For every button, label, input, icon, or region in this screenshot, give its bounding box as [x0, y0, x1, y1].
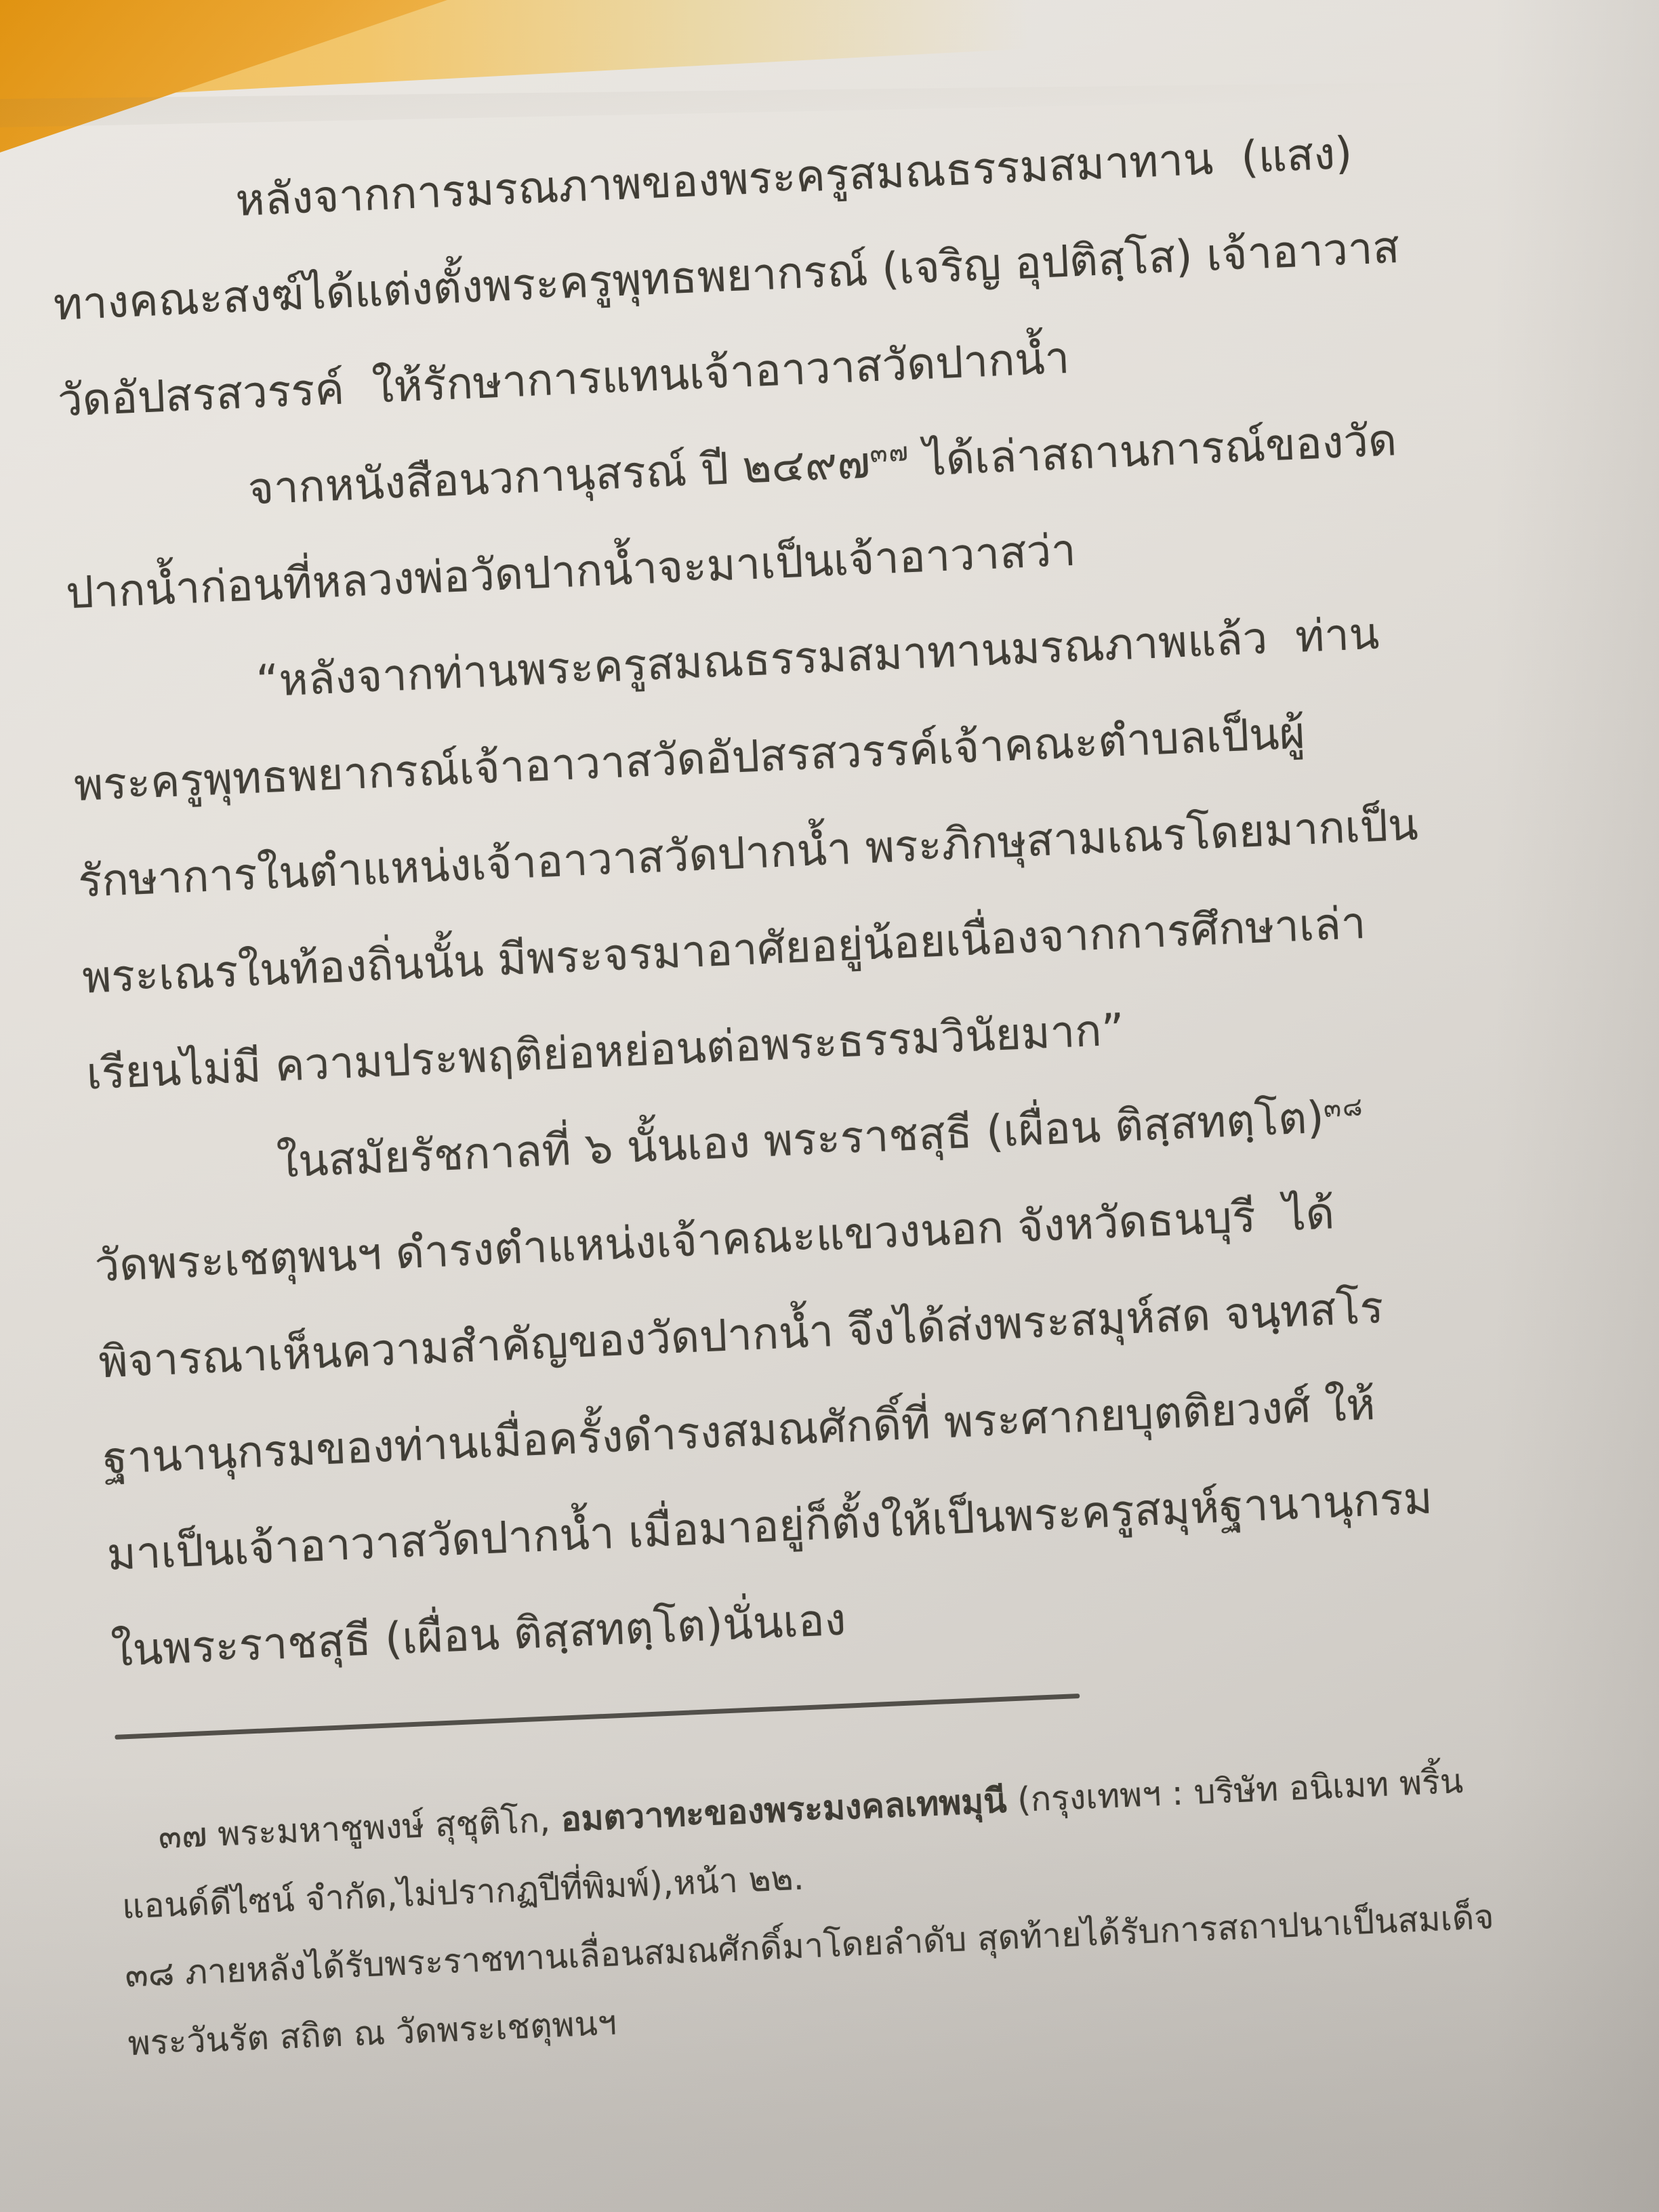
line-text: ได้เล่าสถานการณ์ของวัด [909, 415, 1398, 487]
book-page-photo: หลังจากการมรณภาพของพระครูสมณธรรมสมาทาน (… [0, 0, 1659, 2212]
footnote-text: พระวันรัต สถิต ณ วัดพระเชตุพนฯ [127, 2003, 617, 2064]
page-text-block: หลังจากการมรณภาพของพระครูสมณธรรมสมาทาน (… [47, 94, 1659, 2078]
footnote-separator [115, 1694, 1080, 1740]
line-text: จากหนังสือนวกานุสรณ์ ปี ๒๔๙๗ [247, 438, 871, 515]
book-title: อมตวาทะของพระมงคลเทพมุนี [560, 1781, 1007, 1839]
footnotes-block: ๓๗ พระมหาชูพงษ์ สุชุติโก, อมตวาทะของพระม… [118, 1738, 1659, 2078]
footnote-ref-38: ๓๘ [1323, 1092, 1364, 1123]
footnote-ref-37: ๓๗ [869, 436, 909, 468]
footnote-text: (กรุงเทพฯ : บริษัท อนิเมท พริ้น [1006, 1761, 1464, 1820]
footnote-text: ๓๗ พระมหาชูพงษ์ สุชุติโก, [158, 1800, 562, 1856]
line-text: ในพระราชสุธี (เผื่อน ติสฺสทตฺโต)นั่นเอง [110, 1595, 846, 1677]
